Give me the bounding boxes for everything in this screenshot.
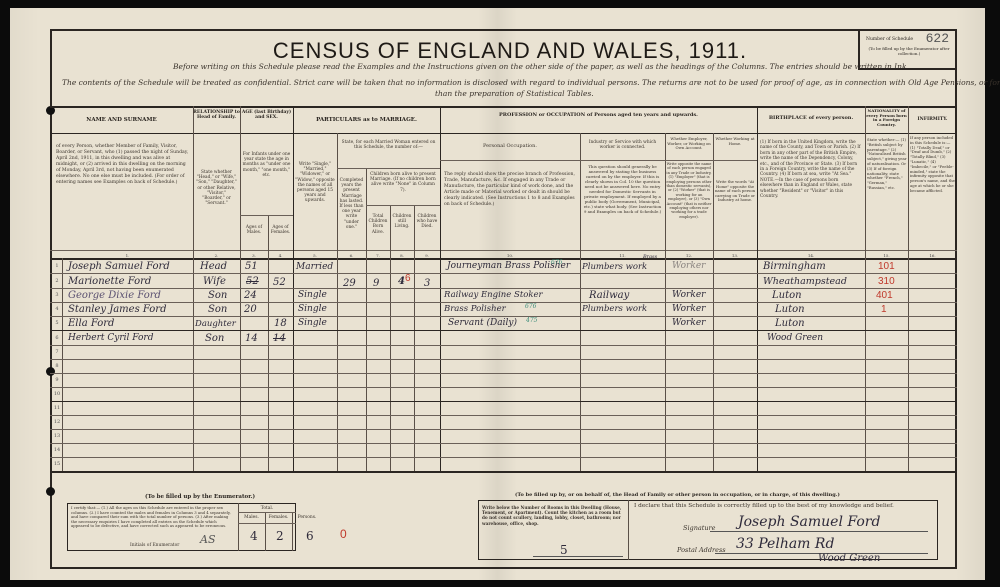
- age-female: 52: [273, 277, 286, 288]
- enumerator-heading: (To be filled up by the Enumerator.): [145, 494, 255, 500]
- person-name: Joseph Samuel Ford: [68, 261, 170, 272]
- nationality-code: 401: [876, 290, 893, 301]
- employment-status: Worker: [672, 290, 705, 300]
- header-birthplace: BIRTHPLACE of every person.: [757, 115, 865, 121]
- column-number: 1.: [62, 253, 193, 258]
- employment-status: Worker: [672, 304, 705, 314]
- employment-status: Worker: [672, 261, 705, 271]
- header-divider: [50, 133, 957, 134]
- total-persons: 6: [306, 529, 314, 543]
- rooms-instruction: Write below the Number of Rooms in this …: [482, 505, 624, 526]
- punch-hole-icon: [46, 487, 55, 496]
- header-birthplace-instr: (1) If born in the United Kingdom, write…: [760, 140, 862, 199]
- red-check-mark: 0: [340, 527, 347, 541]
- occupation-code: 475: [526, 317, 537, 324]
- total-females: 2: [276, 529, 284, 543]
- years-married: 29: [343, 278, 356, 289]
- initials-label: Initials of Enumerator: [130, 543, 179, 548]
- signature: Joseph Samuel Ford: [738, 514, 880, 530]
- header-relationship-instr: State whether "Head," or "Wife," "Son," …: [195, 170, 238, 206]
- row-number: 11: [52, 405, 62, 411]
- column-number: 5.: [293, 253, 337, 258]
- sub-line: [238, 512, 296, 513]
- row-number: 14: [52, 447, 62, 453]
- age-female-struck: 14: [273, 333, 286, 344]
- birthplace: Luton: [775, 318, 805, 329]
- sub-line: [366, 205, 440, 206]
- row-line: [50, 345, 957, 346]
- instruction-line: Before writing on this Schedule please r…: [173, 62, 909, 71]
- birthplace: Birmingham: [763, 261, 826, 272]
- header-age-instr: For Infants under one year state the age…: [242, 152, 291, 178]
- column-number: 16.: [908, 253, 957, 258]
- row-line: [50, 316, 957, 317]
- birthplace: Luton: [772, 290, 802, 301]
- signature-line: [710, 531, 928, 532]
- column-number: 9.: [414, 253, 440, 258]
- occupation: Brass Polisher: [444, 304, 506, 314]
- header-industry-instr: This question should generally be answer…: [582, 164, 663, 214]
- header-marriage: PARTICULARS as to MARRIAGE.: [293, 117, 440, 123]
- header-nationality-instr: State whether:— (1) "British subject by …: [867, 138, 907, 191]
- header-infirmity-instr: If any person included in this Schedule …: [910, 136, 956, 194]
- person-name: George Dixie Ford: [68, 290, 161, 301]
- age-male-struck: 52: [246, 276, 259, 287]
- sub-line: [665, 160, 757, 161]
- header-personal-occupation: Personal Occupation.: [440, 144, 580, 149]
- col-line: [390, 205, 391, 471]
- header-employer-instr: Write opposite the name of each person e…: [666, 162, 712, 219]
- children-died: 3: [424, 278, 430, 289]
- header-children-total: Total Children Born Alive.: [366, 214, 390, 235]
- header-profession: PROFESSION or OCCUPATION of Persons aged…: [440, 112, 757, 118]
- householder-heading: (To be filled up by, or on behalf of, th…: [515, 492, 840, 498]
- header-age-males: Ages of Males.: [240, 225, 268, 235]
- marriage-status: Single: [298, 290, 327, 300]
- person-name: Herbert Cyril Ford: [68, 333, 153, 343]
- header-employer: Whether Employer, Worker, or Working on …: [666, 137, 712, 151]
- row-number: 15: [52, 461, 62, 467]
- birthplace: Wheathampstead: [763, 276, 847, 287]
- nationality-code: 310: [878, 276, 895, 287]
- row-number: 9: [52, 377, 62, 383]
- row-line: [50, 429, 957, 430]
- age-female: 18: [274, 318, 287, 329]
- row-line: [50, 457, 957, 458]
- age-male: 24: [244, 290, 257, 301]
- children-living-correction: 6: [405, 273, 411, 284]
- occupation-code: 676: [551, 259, 562, 266]
- header-at-home-instr: Write the words "At Home" opposite the n…: [714, 180, 756, 203]
- relationship: Son: [208, 290, 227, 301]
- column-number: 4.: [268, 253, 293, 258]
- body-divider: [50, 258, 957, 260]
- header-children-died: Children who have Died.: [414, 214, 440, 230]
- relationship: Son: [205, 333, 224, 344]
- marriage-status: Single: [298, 318, 327, 328]
- column-number: 6.: [337, 253, 366, 258]
- header-marriage-status-instr: Write "Single," "Married," "Widower," or…: [295, 162, 335, 204]
- employment-status: Worker: [672, 318, 705, 328]
- row-line: [50, 443, 957, 444]
- age-male: 14: [245, 333, 258, 344]
- occupation: Railway Engine Stoker: [444, 290, 543, 300]
- relationship: Wife: [203, 276, 226, 287]
- enumerator-certify: I certify that:— (1.) All the ages on th…: [71, 506, 233, 529]
- nationality-code: 1: [881, 304, 887, 315]
- column-number: 13.: [713, 253, 757, 258]
- total-males: 4: [250, 529, 258, 543]
- row-line: [50, 373, 957, 374]
- column-number: 2.: [193, 253, 240, 258]
- col-line: [628, 500, 629, 560]
- row-line: [50, 273, 957, 274]
- enumerator-initials: AS: [200, 533, 215, 546]
- females-label: Females.: [265, 515, 292, 520]
- postal-address-line1: 33 Pelham Rd: [736, 536, 834, 552]
- industry: Plumbers work: [582, 304, 647, 314]
- schedule-number-box: Number of Schedule 622 (To be filled up …: [858, 29, 957, 70]
- column-number: 8.: [390, 253, 414, 258]
- row-line: [50, 288, 957, 289]
- industry: Plumbers work: [582, 262, 647, 272]
- declaration: I declare that this Schedule is correctl…: [634, 504, 894, 509]
- relationship: Head: [200, 261, 227, 272]
- header-name-instr: of every Person, whether Member of Famil…: [56, 144, 190, 186]
- row-number: 8: [52, 363, 62, 369]
- header-children-instr: Children born alive to present Marriage.…: [368, 172, 438, 193]
- header-nationality: NATIONALITY of every Person born in a Fo…: [865, 109, 908, 127]
- sub-line: [580, 160, 665, 161]
- row-line: [50, 330, 957, 331]
- header-at-home: Whether Working at Home.: [714, 137, 756, 146]
- row-number: 7: [52, 349, 62, 355]
- marriage-status: Married: [296, 262, 333, 272]
- rooms-line: [533, 556, 623, 557]
- col-line: [62, 258, 63, 471]
- confidential-notice: The contents of the Schedule will be tre…: [62, 78, 1000, 87]
- age-male: 20: [244, 304, 257, 315]
- birthplace: Luton: [775, 304, 805, 315]
- header-infirmity: INFIRMITY.: [908, 117, 957, 123]
- row-line: [50, 359, 957, 360]
- age-male: 51: [245, 261, 258, 272]
- header-age: AGE (last Birthday) and SEX.: [240, 110, 293, 120]
- person-name: Marionette Ford: [68, 276, 151, 287]
- row-line: [50, 415, 957, 416]
- row-line: [50, 401, 957, 402]
- header-personal-occupation-instr: The reply should show the precise branch…: [444, 172, 576, 208]
- occupation: Servant (Daily): [448, 318, 517, 328]
- column-number: 12.: [665, 253, 713, 258]
- persons-label: Persons.: [292, 515, 322, 520]
- males-label: Males.: [238, 515, 265, 520]
- header-name: NAME AND SURNAME: [50, 117, 193, 123]
- header-relationship: RELATIONSHIP to Head of Family.: [193, 110, 240, 120]
- occupation-code: 676: [525, 303, 536, 310]
- industry: Railway: [589, 290, 629, 301]
- confidential-notice-cont: than the preparation of Statistical Tabl…: [435, 89, 594, 98]
- marriage-status: Single: [298, 304, 327, 314]
- schedule-number-label: Number of Schedule: [866, 37, 913, 42]
- table-bottom: [50, 471, 957, 473]
- birthplace: Wood Green: [767, 333, 823, 343]
- children-total: 9: [373, 278, 379, 289]
- row-line: [50, 302, 957, 303]
- postal-address-line2: Wood Green: [818, 553, 880, 564]
- page-title: CENSUS OF ENGLAND AND WALES, 1911.: [260, 38, 760, 64]
- col-line: [414, 205, 415, 471]
- row-number: 12: [52, 419, 62, 425]
- nationality-code: 101: [878, 261, 895, 272]
- sub-line: [238, 523, 296, 524]
- column-number: 3.: [240, 253, 268, 258]
- row-number: 13: [52, 433, 62, 439]
- column-number: 15.: [865, 253, 908, 258]
- column-number: 10.: [440, 253, 580, 258]
- header-years-married: Completed years the present Marriage has…: [338, 178, 365, 230]
- header-children-living: Children still Living.: [390, 214, 414, 230]
- column-number: 7.: [366, 253, 390, 258]
- row-number: 10: [52, 391, 62, 397]
- relationship: Daughter: [195, 319, 236, 329]
- header-married-woman-instr: State, for each Married Woman entered on…: [339, 140, 438, 150]
- person-name: Stanley James Ford: [68, 304, 167, 315]
- sub-line: [337, 168, 440, 169]
- children-living: 4: [398, 276, 405, 287]
- schedule-number-note: (To be filled up by the Enumerator after…: [864, 46, 954, 56]
- industry-note: Brass: [643, 254, 657, 260]
- column-number: 14.: [757, 253, 865, 258]
- header-age-females: Ages of Females.: [268, 225, 293, 235]
- sub-line: [440, 160, 580, 161]
- person-name: Ella Ford: [68, 318, 114, 329]
- colnum-divider: [50, 250, 957, 251]
- rooms-count: 5: [560, 543, 568, 557]
- schedule-number: 622: [926, 31, 949, 46]
- total-label: Total.: [238, 506, 296, 511]
- row-line: [50, 387, 957, 388]
- header-industry: Industry or Service with which worker is…: [582, 140, 663, 150]
- relationship: Son: [208, 304, 227, 315]
- sub-line: [240, 215, 293, 216]
